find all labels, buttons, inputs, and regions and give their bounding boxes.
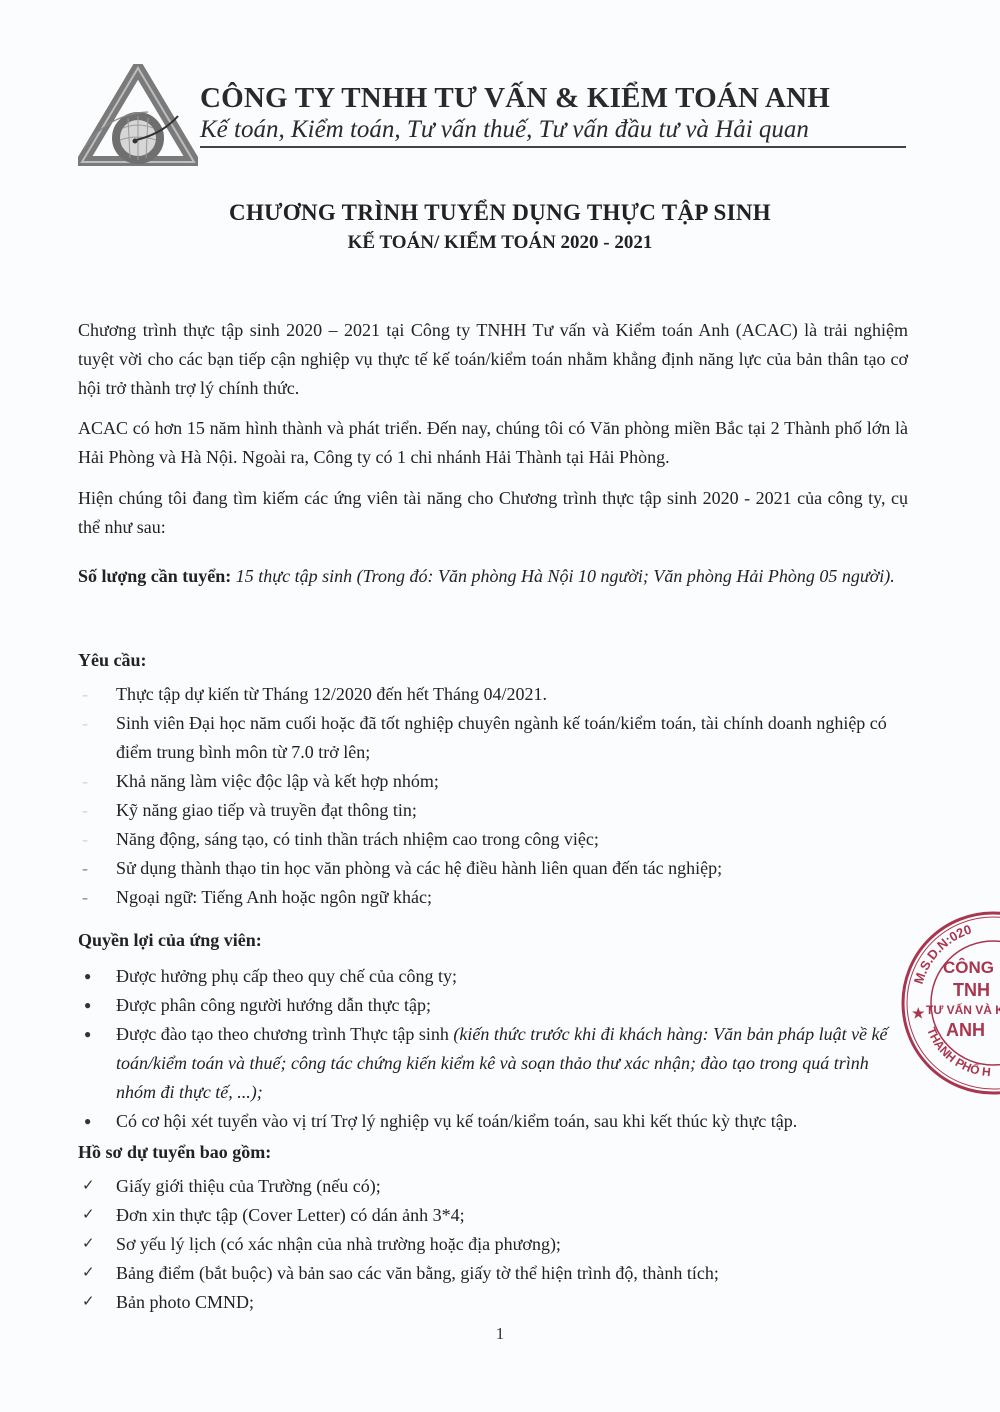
stamp-line-3: TƯ VẤN VÀ KI bbox=[926, 1002, 1000, 1017]
list-item: -Năng động, sáng tạo, có tinh thần trách… bbox=[78, 825, 908, 854]
company-tagline: Kế toán, Kiểm toán, Tư vấn thuế, Tư vấn … bbox=[200, 116, 809, 144]
document-subtitle: KẾ TOÁN/ KIỂM TOÁN 2020 - 2021 bbox=[0, 232, 1000, 254]
intro-paragraph-3: Hiện chúng tôi đang tìm kiếm các ứng viê… bbox=[78, 484, 908, 542]
checkmark-icon: ✓ bbox=[82, 1230, 102, 1259]
list-item: ●Có cơ hội xét tuyển vào vị trí Trợ lý n… bbox=[78, 1107, 908, 1136]
list-item: ✓Giấy giới thiệu của Trường (nếu có); bbox=[78, 1172, 908, 1201]
list-item: -Kỹ năng giao tiếp và truyền đạt thông t… bbox=[78, 796, 908, 825]
quota-label: Số lượng cần tuyển: bbox=[78, 566, 231, 586]
list-item: ●Được đào tạo theo chương trình Thực tập… bbox=[78, 1020, 908, 1107]
star-icon: ★ bbox=[912, 1005, 925, 1021]
dash-marker: - bbox=[82, 767, 102, 796]
header-divider bbox=[200, 146, 906, 148]
list-item: -Khả năng làm việc độc lập và kết hợp nh… bbox=[78, 767, 908, 796]
page-number: 1 bbox=[0, 1324, 1000, 1344]
list-item: ✓Bản photo CMND; bbox=[78, 1288, 908, 1317]
intro-paragraph-1: Chương trình thực tập sinh 2020 – 2021 t… bbox=[78, 316, 908, 403]
bullet-icon: ● bbox=[84, 991, 104, 1020]
stamp-line-4: ANH bbox=[946, 1020, 985, 1040]
dash-marker: - bbox=[82, 825, 102, 854]
benefits-heading: Quyền lợi của ứng viên: bbox=[78, 930, 262, 951]
requirements-heading: Yêu cầu: bbox=[78, 650, 147, 671]
list-item: ✓Sơ yếu lý lịch (có xác nhận của nhà trư… bbox=[78, 1230, 908, 1259]
list-item: -Sử dụng thành thạo tin học văn phòng và… bbox=[78, 854, 908, 883]
documents-list: ✓Giấy giới thiệu của Trường (nếu có); ✓Đ… bbox=[78, 1172, 908, 1317]
bullet-icon: ● bbox=[84, 962, 104, 991]
quota-paragraph: Số lượng cần tuyển: 15 thực tập sinh (Tr… bbox=[78, 562, 908, 591]
list-item: ●Được hưởng phụ cấp theo quy chế của côn… bbox=[78, 962, 908, 991]
dash-marker: - bbox=[82, 883, 102, 912]
intro-paragraph-2: ACAC có hơn 15 năm hình thành và phát tr… bbox=[78, 414, 908, 472]
bullet-icon: ● bbox=[84, 1020, 104, 1049]
list-item: ●Được phân công người hướng dẫn thực tập… bbox=[78, 991, 908, 1020]
bullet-icon: ● bbox=[84, 1107, 104, 1136]
dash-marker: - bbox=[82, 796, 102, 825]
documents-heading: Hồ sơ dự tuyển bao gồm: bbox=[78, 1142, 271, 1163]
checkmark-icon: ✓ bbox=[82, 1288, 102, 1317]
list-item: ✓Đơn xin thực tập (Cover Letter) có dán … bbox=[78, 1201, 908, 1230]
list-item: -Thực tập dự kiến từ Tháng 12/2020 đến h… bbox=[78, 680, 908, 709]
company-seal-stamp: M.S.D.N:020 THÀNH PHỐ H ★ CÔNG TNH TƯ VẤ… bbox=[898, 908, 1000, 1098]
checkmark-icon: ✓ bbox=[82, 1259, 102, 1288]
stamp-line-2: TNH bbox=[953, 980, 990, 1000]
quota-value: 15 thực tập sinh (Trong đó: Văn phòng Hà… bbox=[231, 566, 895, 586]
document-page: CÔNG TY TNHH TƯ VẤN & KIỂM TOÁN ANH Kế t… bbox=[0, 0, 1000, 1412]
list-item: -Sinh viên Đại học năm cuối hoặc đã tốt … bbox=[78, 709, 908, 767]
dash-marker: - bbox=[82, 854, 102, 883]
document-title: CHƯƠNG TRÌNH TUYỂN DỤNG THỰC TẬP SINH bbox=[0, 200, 1000, 226]
list-item: -Ngoại ngữ: Tiếng Anh hoặc ngôn ngữ khác… bbox=[78, 883, 908, 912]
checkmark-icon: ✓ bbox=[82, 1201, 102, 1230]
checkmark-icon: ✓ bbox=[82, 1172, 102, 1201]
company-name: CÔNG TY TNHH TƯ VẤN & KIỂM TOÁN ANH bbox=[200, 82, 830, 115]
dash-marker: - bbox=[82, 680, 102, 709]
list-item: ✓Bảng điểm (bắt buộc) và bản sao các văn… bbox=[78, 1259, 908, 1288]
requirements-list: -Thực tập dự kiến từ Tháng 12/2020 đến h… bbox=[78, 680, 908, 912]
company-logo-icon bbox=[78, 64, 198, 166]
dash-marker: - bbox=[82, 709, 102, 738]
stamp-line-1: CÔNG bbox=[943, 958, 994, 977]
benefits-list: ●Được hưởng phụ cấp theo quy chế của côn… bbox=[78, 962, 908, 1136]
